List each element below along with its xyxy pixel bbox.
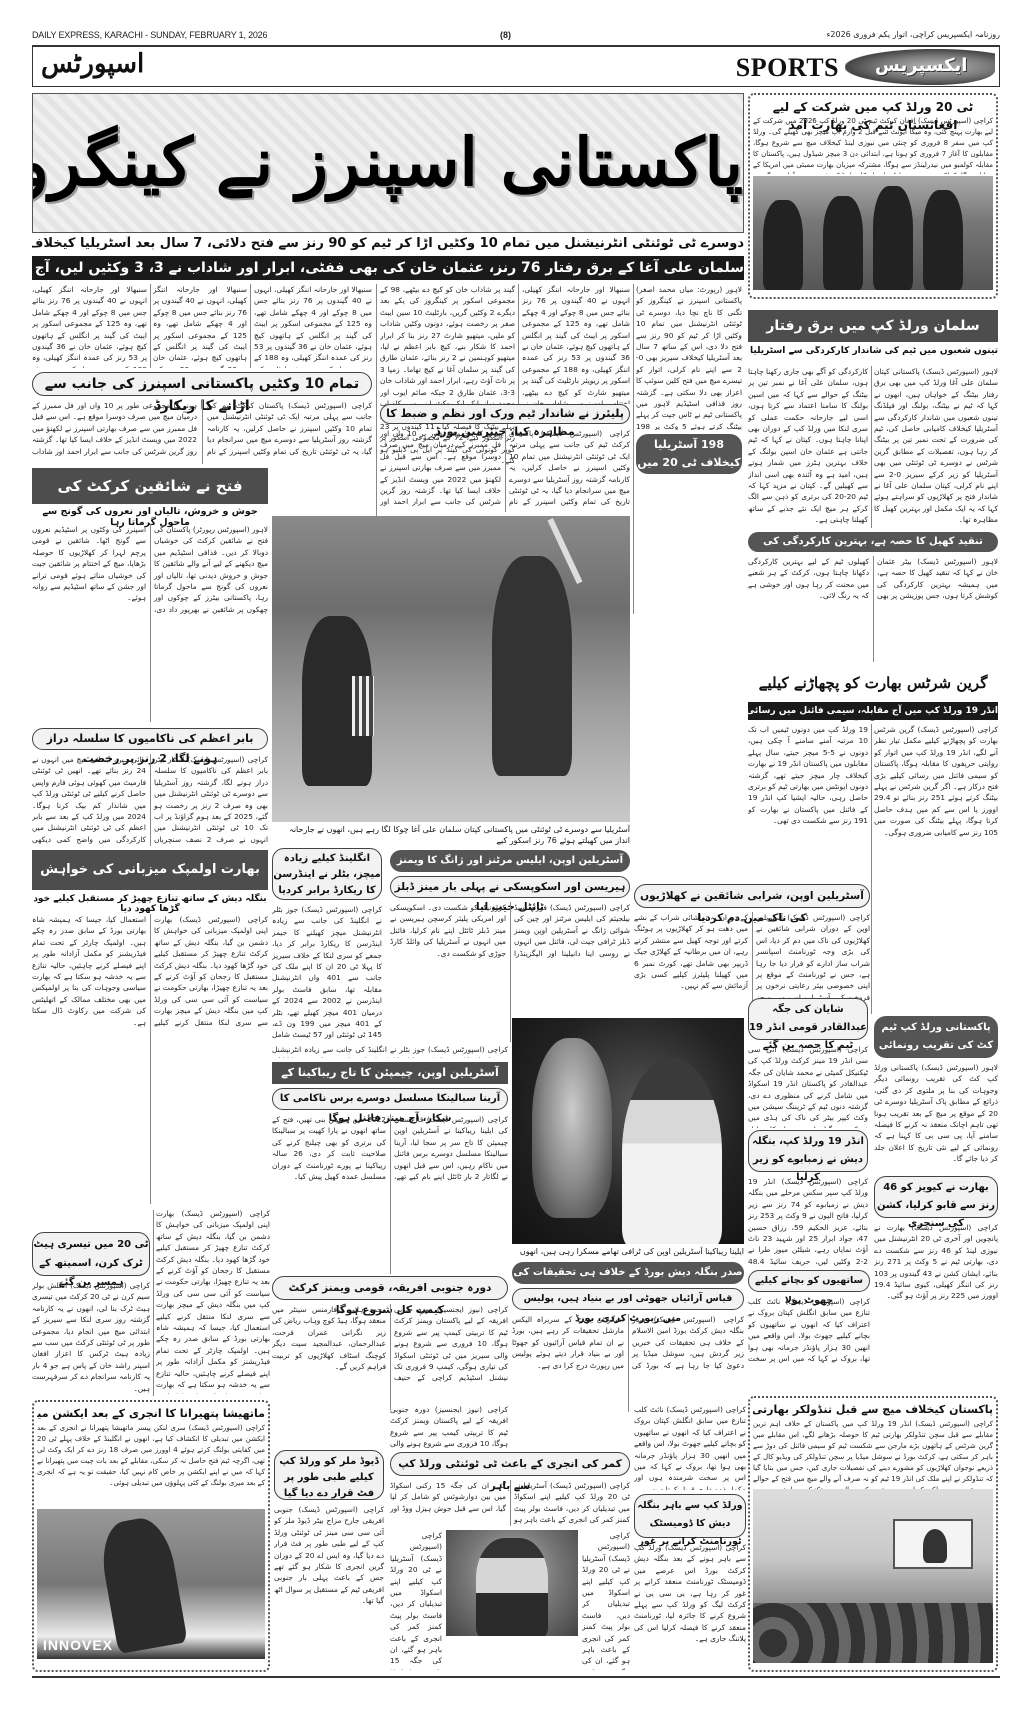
main-photo-caption: آسٹریلیا سے دوسرے ٹی ٹوئنٹی میں پاکستانی… [272, 824, 630, 846]
top-strip: DAILY EXPRESS, KARACHI - SUNDAY, FEBRUAR… [32, 30, 1000, 44]
rybakina-headline: آسٹریلین اوپن، چیمپئن کا تاج ریباکینا کے… [272, 1062, 508, 1084]
salman-body-col2: کارکردگی کو آگے بھی جاری رکھنا چاہتا ہوں… [748, 366, 868, 528]
afghanistan-story-box: ٹی 20 ورلڈ کپ میں شرکت کے لیے افغانستان … [748, 93, 998, 299]
india-nz-headline: بھارت نے کیویز کو 46 رنز سے قابو کرلیا، … [874, 1176, 998, 1218]
lead-body-col5: سنبھالا اور جارحانہ اننگز کھیلی، انہوں ن… [32, 284, 147, 368]
logo-text: ایکسپریس [875, 55, 967, 76]
india-olympic-body: کراچی (اسپورٹس ڈیسک) بھارت اپنی اولمپک م… [32, 914, 268, 1204]
fans-headline: فتح نے شائقین کرکٹ کی خوشیاں دوبالا کردی… [32, 468, 268, 504]
u19-india-strap: انڈر 19 ورلڈ کپ میں آج مقابلہ، سیمی فائن… [748, 702, 998, 720]
team-member-figure [763, 200, 803, 290]
women-camp-tail: کراچی (نیوز ایجنسیز) دورہ جنوبی افریقہ ک… [390, 1404, 508, 1448]
lie-body-tail: کراچی (اسپورٹس ڈیسک) نائٹ کلب تنازع میں … [634, 1404, 746, 1490]
afghanistan-headline: ٹی 20 ورلڈ کپ میں شرکت کے لیے افغانستان … [753, 98, 993, 116]
main-cricket-photo [272, 516, 630, 822]
lie-headline: ساتھیوں کو بچانے کیلیے جھوٹ بولا [748, 1270, 870, 1292]
batsman-figure [492, 556, 572, 776]
column-divider [150, 284, 151, 368]
bd-domestic-headline: ورلڈ کپ سے باہر بنگلہ دیش کا ڈومیسٹک ٹور… [634, 1494, 746, 1538]
lead-body-col2: سنبھالا اور جارحانہ اننگز کھیلی، انہوں ن… [522, 284, 630, 404]
bangladesh-u19-headline: انڈر 19 ورلڈ کپ، بنگلہ دیش نے زمبابوے کو… [748, 1130, 868, 1172]
salman-headline: سلمان ورلڈ کپ میں برق رفتار بیٹنگ کے خوا… [748, 310, 998, 342]
india-nz-body: کراچی (اسپورٹس ڈیسک) بھارت نے پانچویں او… [874, 1222, 998, 1366]
india-olympic-tail: کراچی (اسپورٹس ڈیسک) بھارت اپنی اولمپک م… [156, 1208, 270, 1394]
record-198-headline: سلمان علی آغا کے برق رفتار 76 رنز، عثمان… [636, 434, 742, 474]
salman-body-col1: لاہور (اسپورٹس ڈیسک) پاکستانی کپتان سلما… [874, 366, 998, 528]
usman-body: لاہور (اسپورٹس ڈیسک) بیٹر عثمان خان نے ک… [748, 556, 998, 662]
express-logo-icon: ایکسپریس [845, 49, 995, 85]
stumps-icon [352, 676, 374, 736]
lead-strap: سلمان علی آغا کے برق رفتار 76 رنز، عثمان… [32, 256, 744, 280]
hat-trick-body: کراچی (اسپورٹس ڈیسک) انگلش بولر سیم کرن … [32, 1280, 150, 1396]
butler-headline: انگلینڈ کیلیے زیادہ میچز، بٹلر نے اینڈرس… [272, 848, 382, 900]
cummins-photo [446, 1530, 578, 1636]
lead-headline-banner: پاکستانی اسپنرز نے کینگروز کو تگنی کا نا… [32, 93, 744, 233]
tendulkar-story-box: پاکستان کیخلاف میچ سے قبل تنڈولکر بھارتی… [748, 1396, 998, 1672]
page-bottom-rule [32, 1676, 1000, 1678]
ground-staff-body: کراچی (اسپورٹس ڈیسک) پاکستان کرکٹ ٹیم کی… [380, 428, 630, 512]
column-divider [376, 284, 377, 516]
tendulkar-headline: پاکستان کیخلاف میچ سے قبل تنڈولکر بھارتی… [753, 1401, 993, 1419]
bcb-subheadline: قیاس آرائیاں جھوٹی اور بے بنیاد ہیں، پول… [512, 1288, 744, 1310]
record-headline: تمام 10 وکٹیں پاکستانی اسپنرز کی جانب سے… [32, 372, 372, 396]
tendulkar-video-call-photo [753, 1489, 993, 1663]
fans-body: لاہور (اسپورٹس رپورٹر) پاکستان کی فتح نے… [32, 524, 268, 722]
lead-body-col6: سنبھالا اور جارحانہ اننگز کھیلی، انہوں ن… [153, 284, 247, 368]
edition-line: DAILY EXPRESS, KARACHI - SUNDAY, FEBRUAR… [32, 30, 267, 40]
ceremony-headline: پاکستانی ورلڈ کپ ٹیم کٹ کی تقریب رونمائی… [874, 1016, 998, 1058]
afghanistan-team-photo [753, 176, 993, 290]
audience-figures [753, 1603, 993, 1663]
section-title-urdu: اسپورٹس [41, 49, 144, 79]
shayan-headline: شایان کی جگہ عبدالقادر قومی انڈر 19 ٹیم … [748, 998, 868, 1040]
fans-subheadline: جوش و خروش، تالیاں اور نعروں کی گونج سے … [32, 506, 268, 522]
pathirana-story-box: ماتھیشا پتھیرانا کا انجری کے بعد ایکشن م… [32, 1400, 270, 1672]
babar-headline: بابر اعظم کی ناکامیوں کا سلسلہ دراز ہونے… [32, 728, 268, 750]
page-number: (8) [500, 30, 511, 40]
pathirana-body: کراچی (اسپورٹس ڈیسک) سری لنکن پیسر ماتھی… [37, 1423, 265, 1509]
lead-body-col4: سنبھالا اور جارحانہ اننگز کھیلی، انہوں ن… [254, 284, 372, 368]
babar-body: کراچی (اسپورٹس ڈیسک) اسٹار بیٹر بابر اعظ… [32, 754, 268, 846]
bcb-body: کراچی (اسپورٹس ڈیسک) صدر بنگلہ دیش کرکٹ … [512, 1314, 744, 1412]
lead-headline: پاکستانی اسپنرز نے کینگروز کو تگنی کا نا… [33, 100, 743, 224]
doubles-subheadline: ہیریسن اور اسکوپسکی نے پہلی بار مینز ڈبل… [390, 876, 630, 898]
column-divider [153, 1210, 154, 1396]
bd-domestic-body: کراچی (اسپورٹس ڈیسک) ورلڈ کپ سے باہر ہون… [634, 1542, 746, 1672]
butler-tail: کراچی (اسپورٹس ڈیسک) جوز بٹلر نے انگلینڈ… [272, 1044, 508, 1058]
shayan-body: کراچی (اسپورٹس ڈیسک) آئی سی سی انڈر 19 م… [748, 1044, 868, 1128]
u19-india-body-col2: 19 ورلڈ کپ میں دونوں ٹیمیں اب تک 10 مرتب… [748, 724, 868, 878]
miller-body: کراچی (اسپورٹس ڈیسک) جنوبی افریقی جارح م… [274, 1504, 384, 1672]
salman-subheadline: تینوں شعبوں میں ٹیم کی شاندار کارکردگی س… [748, 346, 998, 362]
ground-staff-headline: پلیئرز نے شاندار ٹیم ورک اور نظم و ضبط ک… [380, 404, 630, 424]
tendulkar-body: کراچی (اسپورٹس ڈیسک) انڈر 19 ورلڈ کپ میں… [753, 1419, 993, 1489]
column-divider [250, 284, 251, 368]
column-divider [633, 284, 634, 614]
u19-india-body-col1: کراچی (اسپورٹس ڈیسک) گرین شرٹس بھارت کو … [874, 724, 998, 1014]
record-198-label: 198 آسٹریلیا کیخلاف ٹی 20 میں پاکستان کا… [636, 438, 742, 505]
women-camp-body: کراچی (نیوز ایجنسیز) دورہ جنوبی افریقہ ک… [272, 1304, 508, 1410]
trophy-icon [532, 1038, 612, 1218]
section-title-english: SPORTS [736, 53, 839, 83]
player-figure [622, 1058, 722, 1244]
cummins-body-side: کراچی (اسپورٹس ڈیسک) آسٹریلیا نے ٹی 20 و… [390, 1530, 442, 1670]
butler-body: کراچی (اسپورٹس ڈیسک) جوز بٹلر نے انگلینڈ… [272, 904, 382, 1044]
hat-trick-headline: ٹی 20 میں تیسری ہیٹ ٹرک کرن، اسمیتھ کے ہ… [32, 1232, 150, 1276]
lie-body: کراچی (اسپورٹس ڈیسک) نائٹ کلب تنازع میں … [748, 1296, 870, 1366]
women-camp-headline: دورہ جنوبی افریقہ، قومی ویمنز کرکٹ کیمپ … [272, 1276, 508, 1300]
cummins-figure [476, 1538, 548, 1636]
bangladesh-u19-body: کراچی (اسپورٹس ڈیسک) انڈر 19 ورلڈ کپ سپر… [748, 1176, 868, 1266]
innovex-ad-text: INNOVEX [43, 1637, 113, 1653]
lead-body-col1: لاہور (رپورٹ: میاں محمد اصغر) پاکستانی ا… [636, 284, 742, 430]
drunk-fans-body: کراچی (اسپورٹس ڈیسک) آسٹریلین اوپن کے دو… [634, 912, 870, 1012]
section-masthead: اسپورٹس SPORTS ایکسپریس [32, 45, 1000, 87]
rybakina-caption: ایلینا ریباکینا آسٹریلین اوپن کی ٹرافی ت… [512, 1246, 744, 1258]
team-member-figure [873, 186, 913, 290]
bowler-figure [96, 1514, 188, 1654]
pathirana-headline: ماتھیشا پتھیرانا کا انجری کے بعد ایکشن م… [37, 1405, 265, 1423]
drunk-fans-headline: آسٹریلین اوپن، شرابی شائقین نے کھلاڑیوں … [634, 884, 870, 908]
column-divider [871, 366, 872, 528]
rybakina-subheadline: آرینا سبالینکا مسلسل دوسرے برس ناکامی کا… [272, 1088, 508, 1110]
lead-subheadline: دوسرے ٹی ٹوئنٹی انٹرنیشنل میں تمام 10 وک… [32, 236, 744, 256]
team-member-figure [823, 196, 863, 290]
cummins-body-side2: کراچی (اسپورٹس ڈیسک) آسٹریلیا نے ٹی 20 و… [582, 1530, 630, 1670]
bcb-headline: صدر بنگلہ دیش بورڈ کے خلاف ہی تحقیقات کی… [512, 1262, 744, 1284]
urdu-edition-line: روزنامہ ایکسپریس کراچی، اتوار یکم فروری … [827, 30, 1000, 39]
u19-india-headline: گرین شرٹس بھارت کو پچھاڑنے کیلیے مکمل تی… [748, 668, 998, 698]
pathirana-bowling-photo: INNOVEX [37, 1509, 265, 1659]
doubles-headline: آسٹریلین اوپن، ایلیس مرٹنز اور ژانگ کا و… [390, 850, 630, 872]
india-olympic-subheadline: بنگلہ دیش کے ساتھ تنازع چھیڑ کر مستقبل ک… [32, 894, 268, 910]
screen-person-figure [923, 1529, 947, 1563]
cummins-body: کراچی (اسپورٹس ڈیسک) آسٹریلیا نے ٹی 20 و… [390, 1480, 630, 1526]
afghanistan-body: کراچی (اسپورٹس ڈیسک) افغان کرکٹ ٹیم ٹی 2… [753, 116, 993, 174]
team-member-figure [923, 190, 963, 290]
miller-headline: ڈیوڈ ملر کو ورلڈ کپ کیلیے طبی طور پر فٹ … [274, 1450, 384, 1500]
cummins-headline: کمر کی انجری کے باعث ٹی ٹوئنٹی ورلڈ کپ س… [390, 1452, 630, 1476]
rybakina-body: کراچی (اسپورٹس ڈیسک) قازقستان کی ایلینا … [272, 1114, 508, 1274]
ceremony-body: لاہور (اسپورٹس ڈیسک) پاکستانی ورلڈ کپ کٹ… [874, 1062, 998, 1172]
record-body: کراچی (اسپورٹس ڈیسک) پاکستان کرکٹ ٹیم کی… [32, 400, 372, 464]
projection-screen [893, 1519, 973, 1569]
column-divider [871, 724, 872, 1014]
column-divider [518, 284, 519, 404]
india-olympic-headline: بھارت اولمپک میزبانی کی خواہش کا دشمن بن… [32, 850, 268, 890]
usman-headline: تنقید کھیل کا حصہ ہے، بہترین کارکردگی کی… [748, 532, 998, 552]
rybakina-trophy-photo [512, 1018, 744, 1244]
